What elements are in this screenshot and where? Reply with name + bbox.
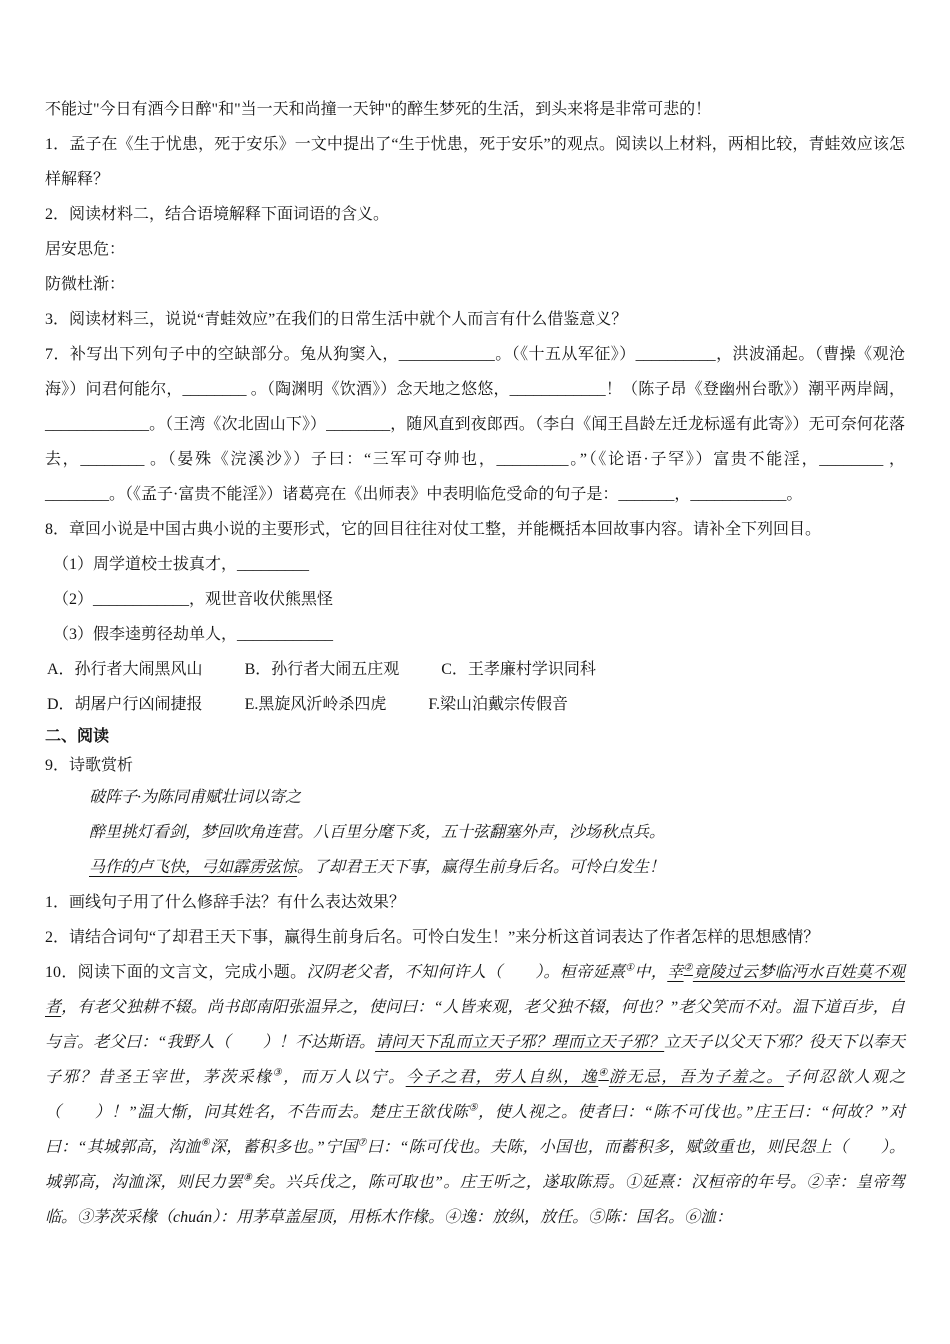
superscript-note-marker: ⑥	[201, 1138, 210, 1149]
text-segment: ，而万人以宁。	[283, 1069, 406, 1086]
question-10-passage: 10．阅读下面的文言文，完成小题。汉阴老父者，不知何许人（ ）。桓帝延熹①中，幸…	[45, 955, 905, 1235]
poem-block: 破阵子·为陈同甫赋壮词以寄之 醉里挑灯看剑，梦回吹角连营。八百里分麾下炙，五十弦…	[45, 780, 905, 885]
superscript-note-marker: ①	[625, 963, 634, 974]
q8-item-1: （1）周学道校士拔真才，_________	[45, 547, 905, 582]
poem-line-1: 醉里挑灯看剑，梦回吹角连营。八百里分麾下炙，五十弦翻塞外声，沙场秋点兵。	[45, 815, 905, 850]
question-8-stem: 8．章回小说是中国古典小说的主要形式，它的回目往往对仗工整，并能概括本回故事内容…	[45, 512, 905, 547]
q8-options-row-abc: A．孙行者大闹黑风山 B．孙行者大闹五庄观 C．王孝廉村学识同科	[45, 652, 905, 687]
underlined-passage: 马作的卢飞快，弓如霹雳弦惊	[89, 859, 297, 876]
underlined-passage: 游无忌，吾为子羞之。	[609, 1069, 784, 1086]
text-segment: 。了却君王天下事，赢得生前身后名。可怜白发生！	[297, 859, 665, 876]
text-segment: 深，蓄积多也。”宁国	[210, 1139, 358, 1156]
question-1: 1．孟子在《生于忧患，死于安乐》一文中提出了“生于忧患，死于安乐”的观点。阅读以…	[45, 127, 905, 197]
option-f: F.梁山泊戴宗传假音	[428, 687, 568, 722]
superscript-note-marker: ②	[684, 963, 693, 974]
question-2: 2．阅读材料二，结合语境解释下面词语的含义。	[45, 197, 905, 232]
superscript-note-marker: ⑧	[243, 1173, 252, 1184]
question-7: 7．补写出下列句子中的空缺部分。兔从狗窦入，____________。（《十五从…	[45, 337, 905, 512]
poem-title: 破阵子·为陈同甫赋壮词以寄之	[45, 780, 905, 815]
superscript-note-marker: ④	[598, 1068, 608, 1079]
text-segment: 中，	[635, 964, 668, 981]
underlined-passage: 幸	[667, 964, 683, 981]
superscript-note-marker: ⑤	[469, 1103, 479, 1114]
intro-text: 不能过"今日有酒今日醉"和"当一天和尚撞一天钟"的醉生梦死的生活，到头来将是非常…	[45, 92, 905, 127]
q8-options-row-def: D．胡屠户行凶闹捷报 E.黑旋风沂岭杀四虎 F.梁山泊戴宗传假音	[45, 687, 905, 722]
exam-document-page: 不能过"今日有酒今日醉"和"当一天和尚撞一天钟"的醉生梦死的生活，到头来将是非常…	[0, 0, 950, 1344]
underlined-passage: 今子之君，劳人自纵，逸	[406, 1069, 599, 1086]
option-c: C．王孝廉村学识同科	[441, 652, 596, 687]
superscript-note-marker: ⑦	[358, 1138, 367, 1149]
superscript-note-marker: ③	[273, 1068, 283, 1079]
q9-sub-question-1: 1．画线句子用了什么修辞手法？有什么表达效果？	[45, 885, 905, 920]
q8-item-3: （3）假李逵剪径劫单人，____________	[45, 617, 905, 652]
q9-sub-question-2: 2．请结合词句“了却君王天下事，赢得生前身后名。可怜白发生！”来分析这首词表达了…	[45, 920, 905, 955]
text-segment: 10．阅读下面的文言文，完成小题。	[45, 964, 306, 981]
q8-item-2: （2）____________，观世音收伏熊黑怪	[45, 582, 905, 617]
option-e: E.黑旋风沂岭杀四虎	[245, 687, 387, 722]
term-fang-wei-du-jian: 防微杜渐：	[45, 267, 905, 302]
question-3: 3．阅读材料三，说说“青蛙效应”在我们的日常生活中就个人而言有什么借鉴意义？	[45, 302, 905, 337]
underlined-passage: 请问天下乱而立天子邪？理而立天子邪？	[375, 1034, 664, 1051]
option-b: B．孙行者大闹五庄观	[245, 652, 400, 687]
text-segment: 汉阴老父者，不知何许人（ ）。桓帝延熹	[306, 964, 625, 981]
poem-line-2: 马作的卢飞快，弓如霹雳弦惊。了却君王天下事，赢得生前身后名。可怜白发生！	[45, 850, 905, 885]
option-d: D．胡屠户行凶闹捷报	[47, 687, 203, 722]
term-ju-an-si-wei: 居安思危：	[45, 232, 905, 267]
option-a: A．孙行者大闹黑风山	[47, 652, 203, 687]
section-2-heading: 二、阅读	[45, 722, 905, 751]
question-9-label: 9．诗歌赏析	[45, 751, 905, 780]
